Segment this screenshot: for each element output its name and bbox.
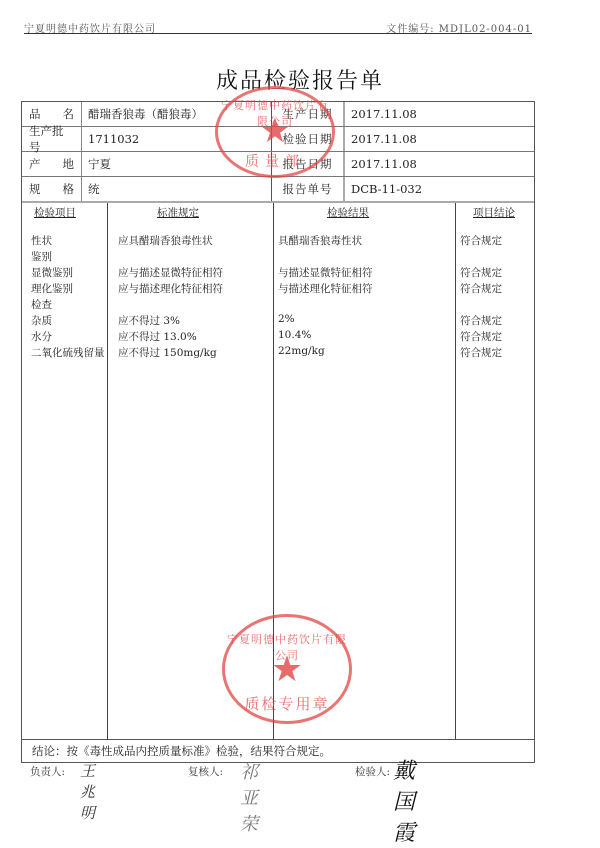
info-value: 统 (82, 177, 272, 201)
test-conclusion: 符合规定 (460, 345, 502, 360)
test-standard: 应具醋瑞香狼毒性状 (118, 233, 213, 248)
stamp-center-text: 质量部 (218, 151, 332, 171)
reviewer-label: 复核人: (188, 766, 223, 778)
test-item: 杂质 (31, 313, 52, 328)
conclusion-text: 结论：按《毒性成品内控质量标准》检验，结果符合规定。 (22, 740, 534, 762)
test-result: 22mg/kg (278, 345, 325, 357)
header-item: 检验项目 (34, 205, 76, 220)
dept-stamp: 宁夏明德中药饮片有限公司 ★ 质量部 (215, 86, 335, 178)
info-label: 报告单号 (272, 177, 345, 201)
info-value: 2017.11.08 (345, 127, 534, 151)
table-row: 理化鉴别应与描述理化特征相符与描述理化特征相符符合规定 (22, 281, 534, 297)
info-label-part: 品 (29, 106, 41, 122)
star-icon: ★ (271, 649, 303, 690)
table-row: 杂质应不得过 3%2%符合规定 (22, 313, 534, 329)
test-result: 与描述显微特征相符 (278, 265, 373, 280)
stamp-center-text: 质检专用章 (225, 693, 349, 714)
info-label: 生产批号 (22, 127, 82, 151)
table-row: 显微鉴别应与描述显微特征相符与描述显微特征相符符合规定 (22, 265, 534, 281)
test-conclusion: 符合规定 (460, 313, 502, 328)
table-row: 性状应具醋瑞香狼毒性状具醋瑞香狼毒性状符合规定 (22, 233, 534, 249)
signature-responsible: 负责人: 王兆明 (30, 764, 65, 779)
test-result: 10.4% (278, 329, 311, 341)
inspector-signature: 戴国霞 (393, 754, 415, 847)
test-result: 具醋瑞香狼毒性状 (278, 233, 362, 248)
info-label: 产地 (22, 152, 82, 176)
table-row: 检查 (22, 297, 534, 313)
info-label-part: 地 (63, 156, 75, 172)
test-conclusion: 符合规定 (460, 265, 502, 280)
info-label-part: 名 (63, 106, 75, 122)
signature-inspector: 检验人: 戴国霞 (355, 764, 390, 779)
table-row: 二氧化硫残留量应不得过 150mg/kg22mg/kg符合规定 (22, 345, 534, 361)
test-item: 水分 (31, 329, 52, 344)
star-icon: ★ (260, 111, 290, 151)
test-item: 性状 (31, 233, 52, 248)
reviewer-signature: 祁亚荣 (240, 758, 258, 836)
info-label: 规格 (22, 177, 82, 201)
qc-stamp: 宁夏明德中药饮片有限公司 ★ 质检专用章 (222, 614, 352, 724)
test-standard: 应不得过 3% (118, 313, 180, 328)
responsible-signature: 王兆明 (80, 760, 95, 823)
signature-reviewer: 复核人: 祁亚荣 (188, 764, 223, 779)
test-result: 2% (278, 313, 295, 325)
test-item: 显微鉴别 (31, 265, 73, 280)
table-row: 水分应不得过 13.0%10.4%符合规定 (22, 329, 534, 345)
test-standard: 应与描述显微特征相符 (118, 265, 223, 280)
info-value: DCB-11-032 (345, 177, 534, 201)
info-value: 2017.11.08 (345, 152, 534, 176)
info-value: 2017.11.08 (345, 102, 534, 126)
info-row: 规格统报告单号DCB-11-032 (22, 177, 534, 203)
header-standard: 标准规定 (157, 205, 199, 220)
test-item: 鉴别 (31, 249, 52, 264)
test-conclusion: 符合规定 (460, 281, 502, 296)
test-standard: 应不得过 150mg/kg (118, 345, 217, 360)
header-divider (24, 33, 532, 34)
test-item: 检查 (31, 297, 52, 312)
test-item: 二氧化硫残留量 (31, 345, 105, 360)
info-label-part: 规 (29, 181, 41, 197)
test-conclusion: 符合规定 (460, 233, 502, 248)
info-label-part: 生产批号 (29, 123, 74, 155)
header-result: 检验结果 (327, 205, 369, 220)
test-conclusion: 符合规定 (460, 329, 502, 344)
info-label-part: 格 (63, 181, 75, 197)
test-result: 与描述理化特征相符 (278, 281, 373, 296)
test-standard: 应与描述理化特征相符 (118, 281, 223, 296)
header-conclusion: 项目结论 (473, 205, 515, 220)
info-label-part: 产 (29, 156, 41, 172)
table-row: 鉴别 (22, 249, 534, 265)
inspector-label: 检验人: (355, 766, 390, 778)
test-item: 理化鉴别 (31, 281, 73, 296)
test-standard: 应不得过 13.0% (118, 329, 197, 344)
responsible-label: 负责人: (30, 766, 65, 778)
